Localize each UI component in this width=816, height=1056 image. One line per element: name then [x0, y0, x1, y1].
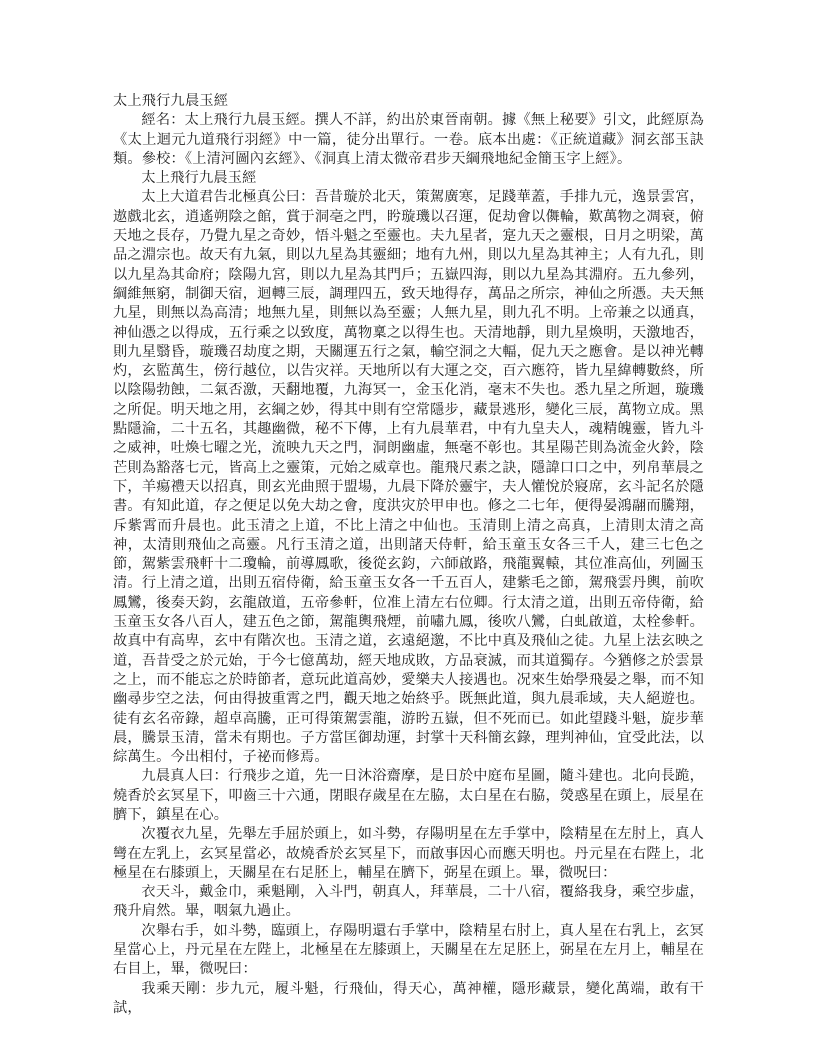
main-scripture-paragraph: 太上大道君告北極真公曰：吾昔璇於北天，策駕廣寒，足踐華蓋，手排九元，逸景雲宮，遨…	[113, 188, 704, 767]
second-incantation-paragraph: 我乘天剛：步九元，履斗魁，行飛仙，得天心，萬神權，隱形藏景，變化萬端，敢有干試，	[113, 980, 704, 1019]
nine-dawn-perfected-paragraph: 九晨真人曰：行飛步之道，先一日沐浴齋摩，是日於中庭布星圖，隨斗建也。北向長跪，燒…	[113, 767, 704, 825]
right-hand-rite-paragraph: 次舉右手，如斗勢，臨頭上，存陽明還右手掌中，陰精星右肘上，真人星在右乳上，玄冥星…	[113, 922, 704, 980]
document-title-line: 太上飛行九晨玉經	[113, 92, 704, 111]
bibliographic-note-paragraph: 經名：太上飛行九晨玉經。撰人不詳，約出於東晉南朝。據《無上秘要》引文，此經原為《…	[113, 111, 704, 169]
document-body: 太上飛行九晨玉經經名：太上飛行九晨玉經。撰人不詳，約出於東晉南朝。據《無上秘要》…	[113, 92, 704, 1018]
first-incantation-paragraph: 衣天斗，戴金巾，乘魁剛，入斗門，朝真人，拜華晨，二十八宿，覆絡我身，乘空步虛，飛…	[113, 883, 704, 922]
document-page: 太上飛行九晨玉經經名：太上飛行九晨玉經。撰人不詳，約出於東晉南朝。據《無上秘要》…	[0, 0, 816, 1056]
inner-title-line: 太上飛行九晨玉經	[113, 169, 704, 188]
left-hand-rite-paragraph: 次覆衣九星，先舉左手屈於頭上，如斗勢，存陽明星在左手掌中，陰精星在左肘上，真人彎…	[113, 825, 704, 883]
